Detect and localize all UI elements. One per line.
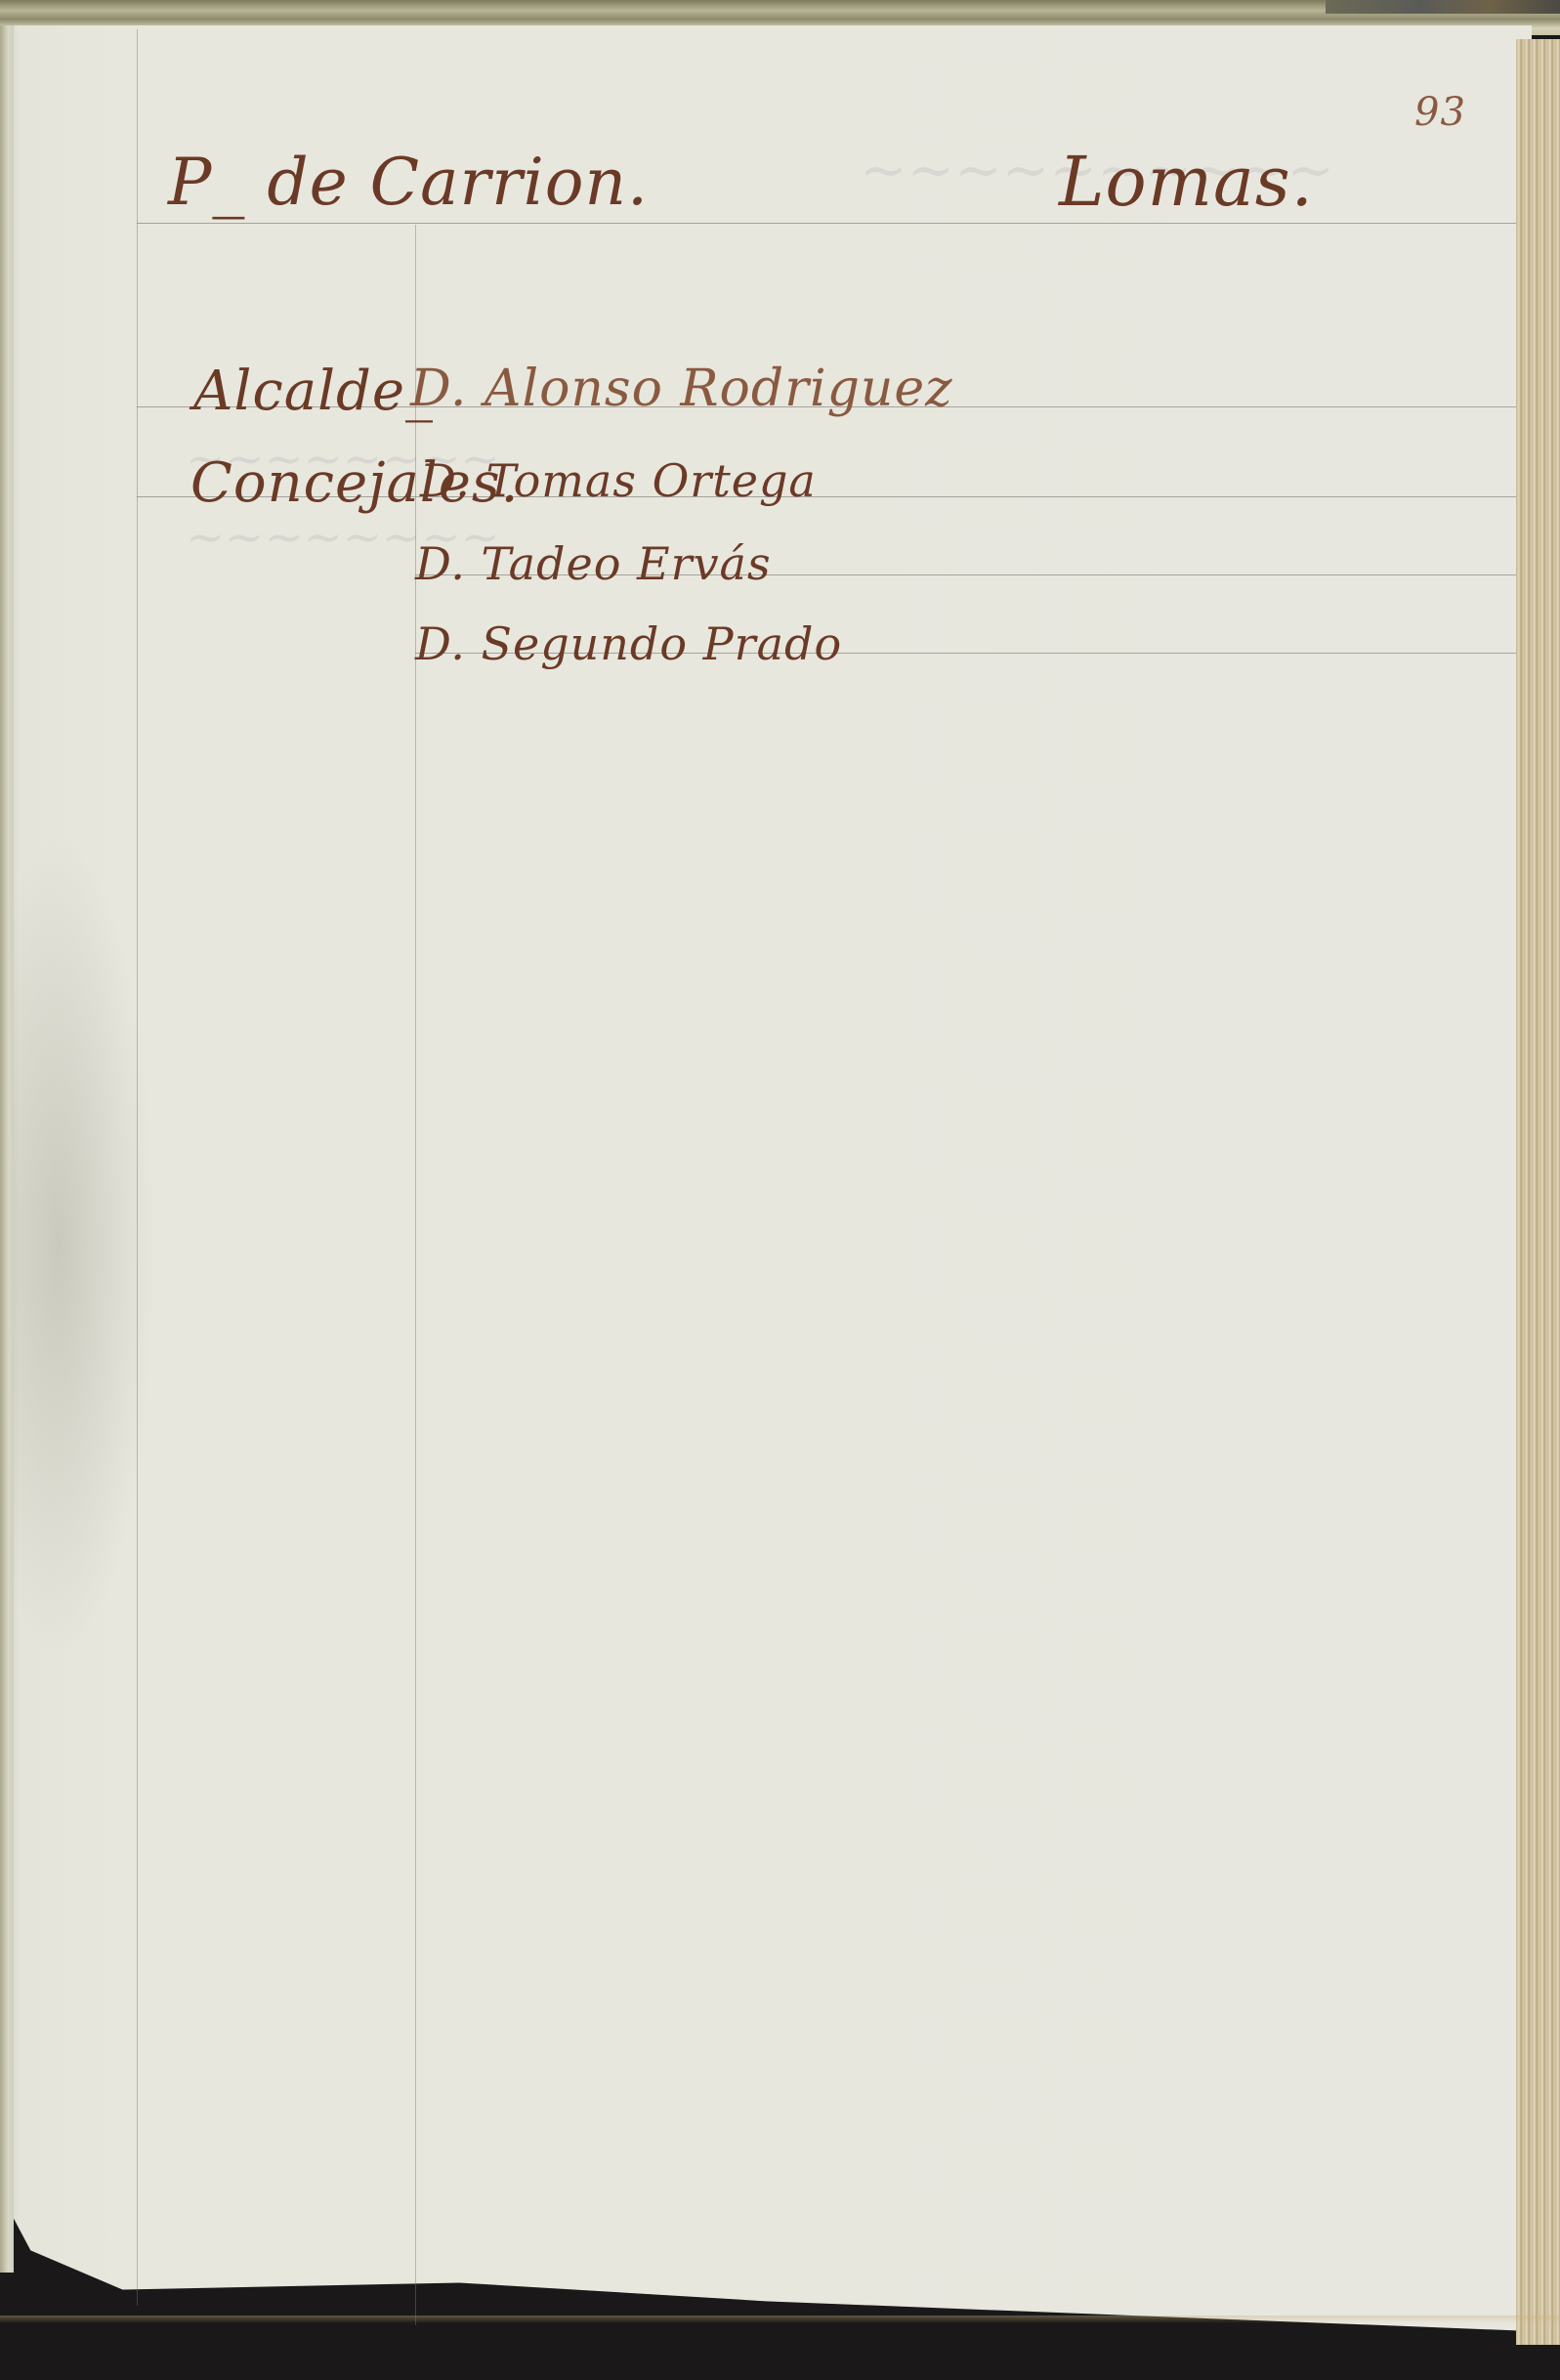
place-heading-right: Lomas.: [1059, 142, 1314, 222]
place-heading-left: P_ de Carrion.: [168, 145, 649, 220]
name-concejal-2: D. Tadeo Ervás: [415, 537, 772, 590]
book-spine-gutter: [0, 25, 14, 2273]
book-cover-corner: [1326, 0, 1560, 14]
page-stack-edge: [1516, 39, 1560, 2345]
page-stack-bottom-edge: [0, 2316, 1560, 2323]
name-concejal-1: D. Tomas Ortega: [420, 454, 817, 507]
left-margin-rule: [137, 29, 138, 2306]
name-alcalde: D. Alonso Rodriguez: [410, 360, 953, 418]
heading-rule: [137, 223, 1516, 224]
name-concejal-3: D. Segundo Prado: [415, 617, 842, 670]
page-number: 93: [1414, 90, 1466, 135]
role-alcalde: Alcalde_: [193, 360, 434, 423]
